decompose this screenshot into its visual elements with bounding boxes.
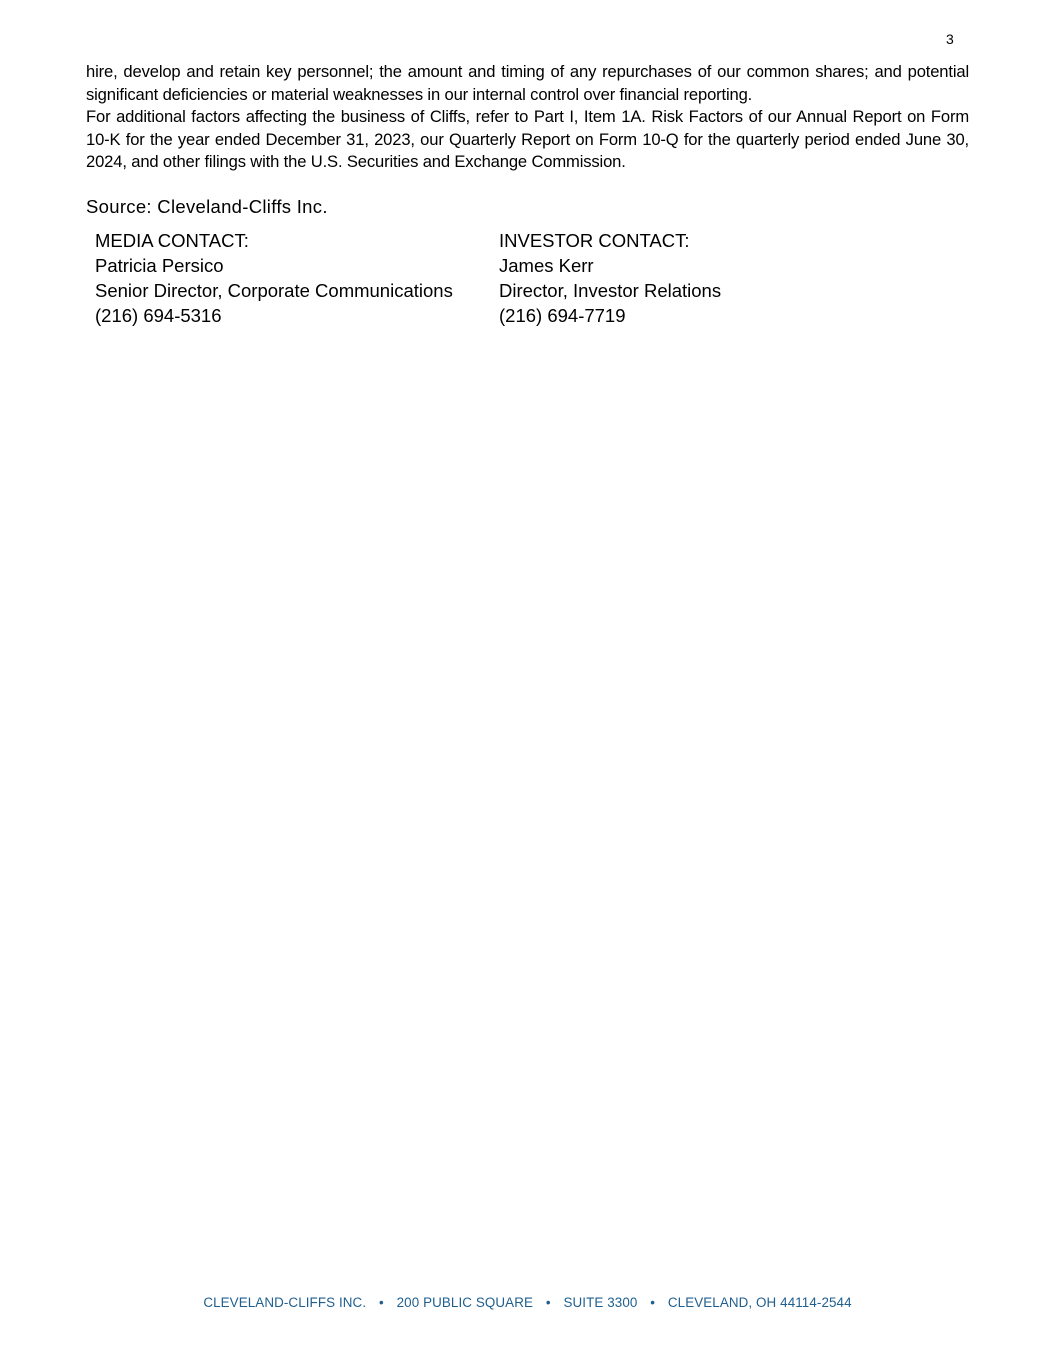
investor-contact-name: James Kerr [499,253,721,278]
footer-address: CLEVELAND-CLIFFS INC. • 200 PUBLIC SQUAR… [0,1295,1055,1311]
media-contact-name: Patricia Persico [95,253,499,278]
contacts-section: MEDIA CONTACT: Patricia Persico Senior D… [95,228,721,328]
investor-contact-phone: (216) 694-7719 [499,303,721,328]
footer-suite: SUITE 3300 [563,1295,637,1310]
source-line: Source: Cleveland-Cliffs Inc. [86,196,328,218]
paragraph-risk-factors-continued: hire, develop and retain key personnel; … [86,61,969,106]
footer-separator: • [379,1295,384,1311]
investor-contact: INVESTOR CONTACT: James Kerr Director, I… [499,228,721,328]
media-contact-phone: (216) 694-5316 [95,303,499,328]
media-contact-heading: MEDIA CONTACT: [95,228,499,253]
media-contact-title: Senior Director, Corporate Communication… [95,278,499,303]
footer-separator: • [650,1295,655,1311]
body-text: hire, develop and retain key personnel; … [86,61,969,174]
footer-company: CLEVELAND-CLIFFS INC. [203,1295,366,1310]
paragraph-additional-factors: For additional factors affecting the bus… [86,106,969,174]
media-contact: MEDIA CONTACT: Patricia Persico Senior D… [95,228,499,328]
page-number: 3 [946,31,954,47]
footer-separator: • [546,1295,551,1311]
footer-street: 200 PUBLIC SQUARE [397,1295,533,1310]
investor-contact-heading: INVESTOR CONTACT: [499,228,721,253]
investor-contact-title: Director, Investor Relations [499,278,721,303]
footer-city: CLEVELAND, OH 44114-2544 [668,1295,852,1310]
